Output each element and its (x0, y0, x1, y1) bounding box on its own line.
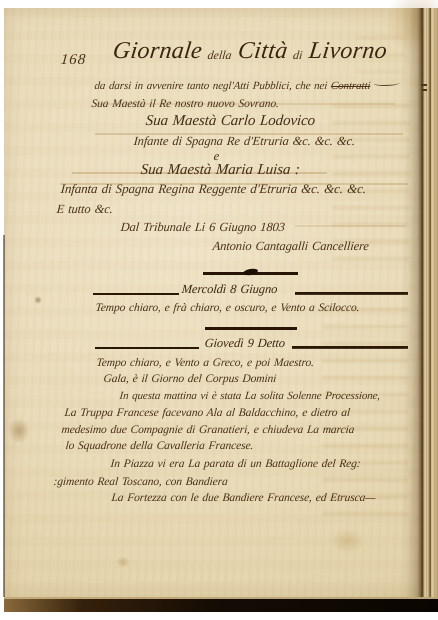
strike-flourish (373, 80, 400, 86)
entry-body-line: Gala, è il Giorno del Corpus Domini (103, 373, 277, 385)
entry-body-line: In Piazza vi era La parata di un Battagl… (110, 458, 361, 470)
entry-body-line: lo Squadrone della Cavalleria Francese. (65, 440, 254, 452)
sovereign-titles: Infanta di Spagna Regina Reggente d'Etru… (60, 181, 367, 197)
decree-text: da darsi in avvenire tanto negl'Atti Pub… (94, 80, 331, 92)
entry-body-line: La Fortezza con le due Bandiere Francese… (111, 492, 376, 504)
manuscript-photo: 168 Giornale della Città di Livorno da d… (0, 0, 438, 620)
sovereign-name: Sua Maestà Carlo Lodovico (145, 113, 316, 130)
title-word: Città (237, 38, 290, 64)
journal-title: Giornale della Città di Livorno (100, 38, 399, 65)
struck-word: Contratti (330, 80, 371, 92)
weather-line: Tempo chiaro, e Vento a Greco, e poi Mae… (96, 357, 314, 369)
page-left-edge (3, 235, 5, 597)
entry-body-line: medesimo due Compagnie di Granatieri, e … (61, 424, 355, 436)
sovereign-titles: Infante di Spagna Re d'Etruria &c. &c. &… (133, 134, 356, 149)
section-divider (203, 272, 298, 275)
sovereign-name: Sua Maestà Maria Luisa : (140, 162, 301, 179)
chancellor-signature: Antonio Cantagalli Cancelliere (212, 239, 369, 254)
entry-date-heading: Mercoldì 8 Giugno (181, 282, 278, 297)
decree-line: da darsi in avvenire tanto negl'Atti Pub… (94, 80, 400, 92)
title-word: Livorno (307, 38, 388, 64)
et-cetera-line: E tutto &c. (56, 202, 113, 217)
gutter-mark (422, 89, 427, 91)
decree-line: Sua Maestà il Re nostro nuovo Sovrano. (91, 98, 279, 110)
book-bottom-edge (4, 597, 438, 612)
entry-rule-left (93, 293, 179, 295)
entry-body-line: :gimento Real Toscano, con Bandiera (53, 476, 228, 488)
weather-line: Tempo chiaro, e frà chiaro, e oscuro, e … (95, 302, 360, 314)
entry-body-line: In questa mattina vi è stata La solita S… (119, 390, 381, 402)
title-word: Giornale (111, 38, 203, 64)
title-word: della (207, 48, 233, 62)
section-divider (205, 327, 297, 330)
entry-date-heading: Giovedì 9 Detto (204, 336, 286, 351)
entry-rule-right (292, 346, 408, 348)
tribunal-dateline: Dal Tribunale Li 6 Giugno 1803 (120, 220, 285, 235)
entry-rule-left (95, 347, 199, 349)
entry-rule-right (295, 292, 408, 294)
entry-body-line: La Truppa Francese facevano Ala al Balda… (64, 407, 351, 419)
gutter-mark (421, 84, 427, 86)
show-through-line (295, 225, 405, 227)
folio-number: 168 (60, 52, 87, 69)
title-word: di (292, 48, 303, 62)
